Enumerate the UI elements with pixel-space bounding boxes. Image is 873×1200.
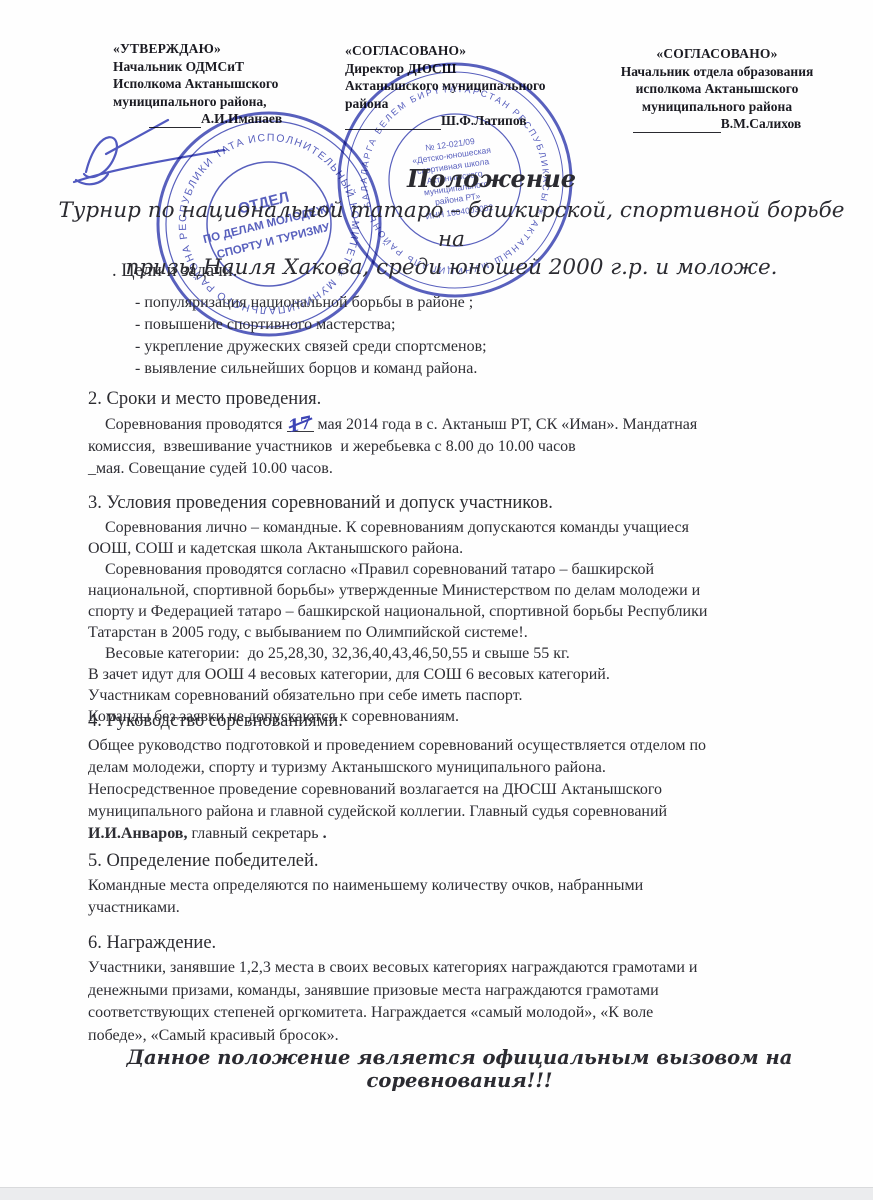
signer-name: В.М.Салихов	[721, 115, 801, 133]
text-line: Непосредственное проведение соревнований…	[88, 779, 853, 801]
goal-item: - укрепление дружеских связей среди спор…	[88, 336, 853, 358]
text-line: муниципального района и главной судейско…	[88, 801, 853, 823]
text-line: _мая. Совещание судей 10.00 часов.	[88, 458, 853, 480]
approval-line: Начальник отдела образования	[568, 63, 866, 81]
section-heading: 5. Определение победителей.	[88, 850, 853, 872]
section-goals: . Цели и задачи. - популяризация национа…	[88, 260, 853, 380]
goal-item: - повышение спортивного мастерства;	[88, 314, 853, 336]
scanned-document-page: «УТВЕРЖДАЮ» Начальник ОДМСиТ Исполкома А…	[0, 0, 873, 1200]
text-line: комиссия, взвешивание участников и жереб…	[88, 436, 853, 458]
text-line: Участники, занявшие 1,2,3 места в своих …	[88, 957, 853, 980]
signature-line	[633, 118, 721, 133]
section-conditions: 3. Условия проведения соревнований и доп…	[88, 492, 853, 727]
text-line: И.И.Анваров, главный секретарь .	[88, 823, 853, 845]
signature-row: В.М.Салихов	[568, 115, 866, 133]
text-line: соответствующих степеней оргкомитета. На…	[88, 1002, 853, 1025]
text-line: спорту и Федерацией татаро – башкирской …	[88, 601, 853, 622]
subtitle-line: Турнир по национальной татаро – башкирск…	[58, 197, 845, 254]
section-heading: 3. Условия проведения соревнований и доп…	[88, 492, 853, 514]
text-line: Соревнования проводятся 17 мая 2014 года…	[88, 413, 853, 436]
chief-secretary-dot: .	[323, 825, 327, 842]
section-winners: 5. Определение победителей. Командные ме…	[88, 850, 853, 919]
text-line: Участникам соревнований обязательно при …	[88, 685, 853, 706]
chief-secretary-label: главный секретарь	[187, 825, 322, 842]
approval-title: «СОГЛАСОВАНО»	[568, 45, 866, 63]
text-line: участниками.	[88, 897, 853, 919]
text-line: Общее руководство подготовкой и проведен…	[88, 735, 853, 757]
text-line: денежными призами, команды, занявшие при…	[88, 980, 853, 1003]
approval-line: муниципального района	[568, 98, 866, 116]
approval-line: Начальник ОДМСиТ	[113, 58, 341, 76]
date-line-post: мая 2014 года в с. Актаныш РТ, СК «Иман»…	[314, 416, 698, 433]
closing-statement: Данное положение является официальным вы…	[58, 1046, 861, 1092]
section-heading: 2. Сроки и место проведения.	[88, 388, 853, 410]
scan-edge-artifact	[0, 1187, 873, 1200]
goal-item: - выявление сильнейших борцов и команд р…	[88, 358, 853, 380]
text-line: Соревнования лично – командные. К соревн…	[88, 517, 853, 538]
goal-item: - популяризация национальной борьбы в ра…	[88, 292, 853, 314]
text-line: ООШ, СОШ и кадетская школа Актанышского …	[88, 538, 853, 559]
section-heading: 6. Награждение.	[88, 932, 853, 954]
text-line: Соревнования проводятся согласно «Правил…	[88, 559, 853, 580]
text-line: Татарстан в 2005 году, с выбыванием по О…	[88, 622, 853, 643]
handwritten-day: 17	[286, 412, 314, 438]
approval-title: «УТВЕРЖДАЮ»	[113, 40, 341, 58]
document-title: Положение	[110, 164, 873, 193]
approval-block-soglasovano-obrazovanie: «СОГЛАСОВАНО» Начальник отдела образован…	[568, 45, 866, 133]
section-management: 4. Руководство соревнованиями. Общее рук…	[88, 710, 853, 845]
date-blank: 17	[287, 413, 314, 432]
section-dates: 2. Сроки и место проведения. Соревновани…	[88, 388, 853, 480]
text-line: победе», «Самый красивый бросок».	[88, 1025, 853, 1048]
approval-line: исполкома Актанышского	[568, 80, 866, 98]
section-heading: 4. Руководство соревнованиями.	[88, 710, 853, 732]
text-line: В зачет идут для ООШ 4 весовых категории…	[88, 664, 853, 685]
section-awards: 6. Награждение. Участники, занявшие 1,2,…	[88, 932, 853, 1047]
chief-judge-name: И.И.Анваров,	[88, 825, 187, 842]
text-line: делам молодежи, спорту и туризму Актаныш…	[88, 757, 853, 779]
text-line: Командные места определяются по наименьш…	[88, 875, 853, 897]
section-heading: . Цели и задачи.	[88, 260, 853, 282]
text-line: национальной, спортивной борьбы» утвержд…	[88, 580, 853, 601]
date-line-pre: Соревнования проводятся	[105, 416, 287, 433]
text-line: Весовые категории: до 25,28,30, 32,36,40…	[88, 643, 853, 664]
